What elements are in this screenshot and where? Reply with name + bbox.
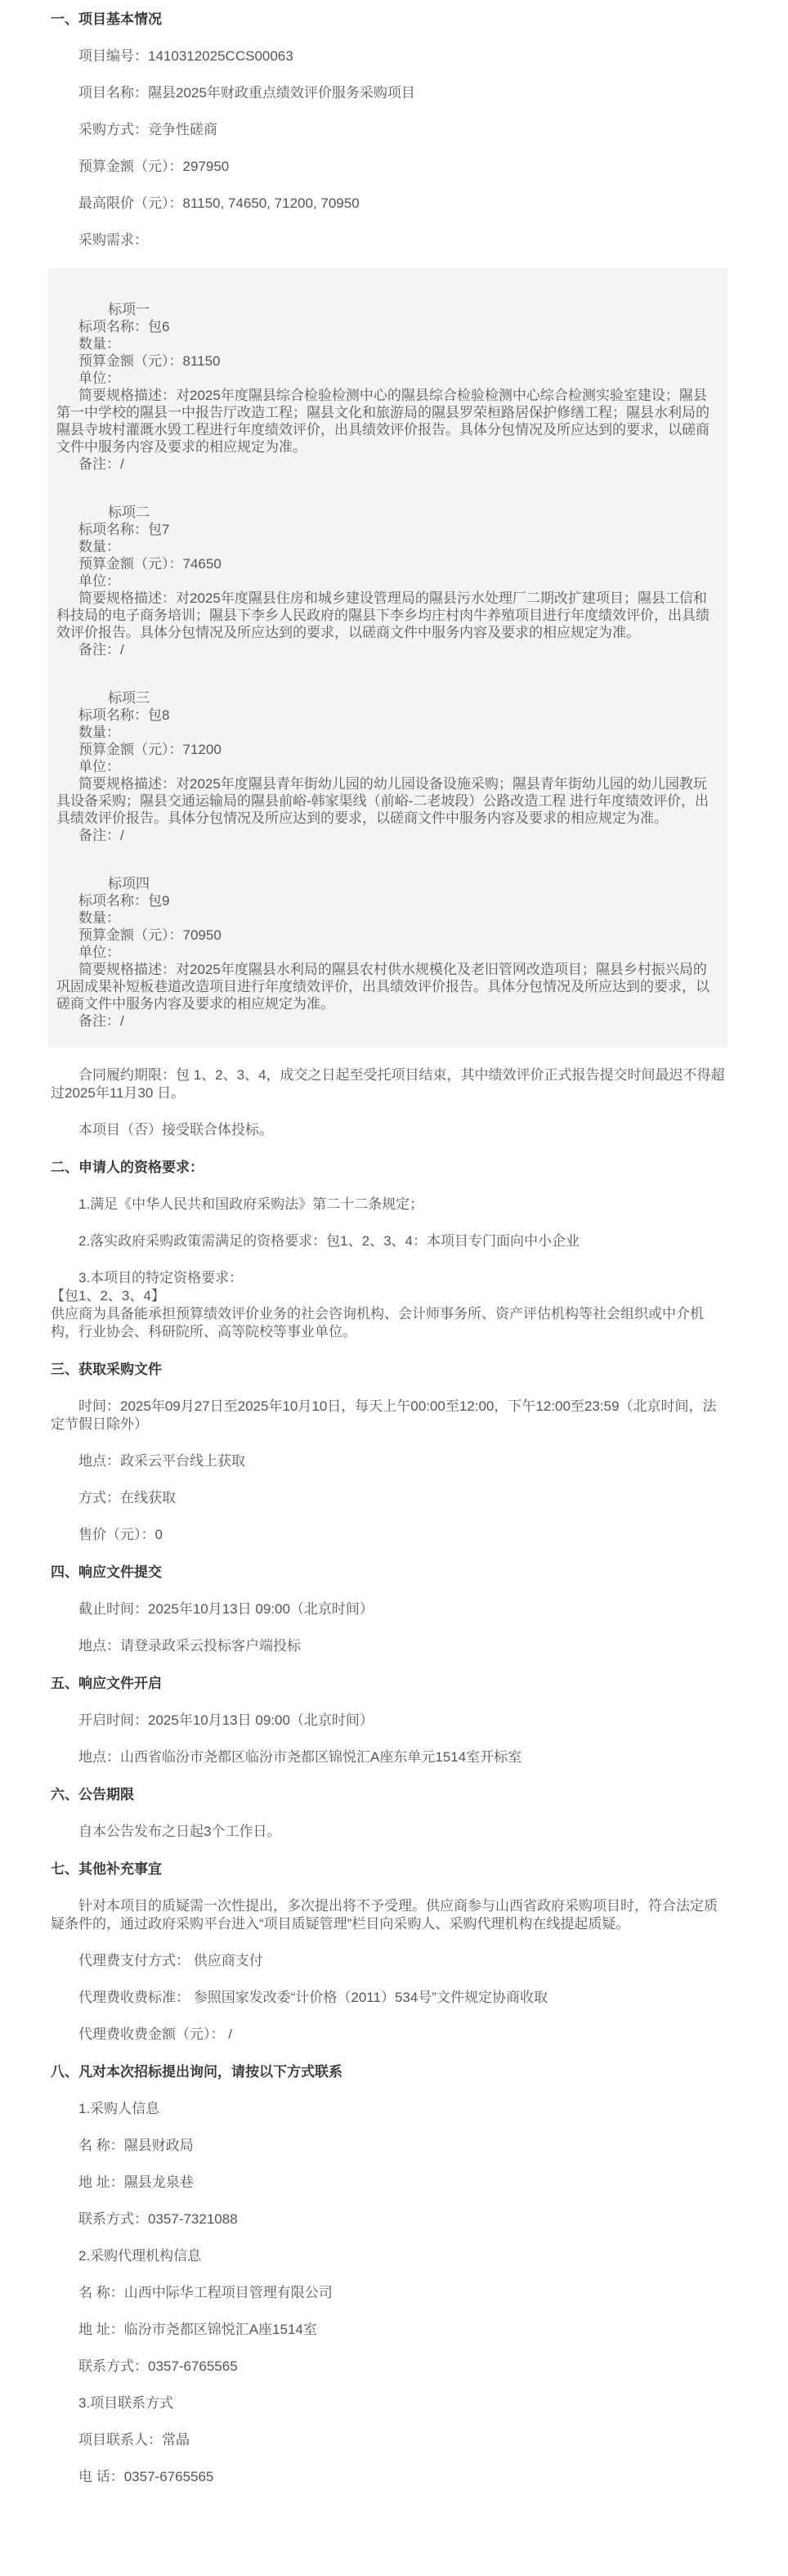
section-qualification: 二、申请人的资格要求： 1.满足《中华人民共和国政府采购法》第二十二条规定； 2…	[51, 1158, 728, 1341]
section-heading: 三、获取采购文件	[51, 1360, 728, 1379]
lot-unit: 单位：	[56, 944, 718, 961]
lot-panel: 标项一 标项名称：包6 数量： 预算金额（元）：81150 单位： 简要规格描述…	[48, 268, 728, 1048]
lot-quantity: 数量：	[56, 909, 718, 927]
purchaser-info-title: 1.采购人信息	[51, 2100, 728, 2118]
section-heading: 六、公告期限	[51, 1785, 728, 1804]
lot-item: 标项三 标项名称：包8 数量： 预算金额（元）：71200 单位： 简要规格描述…	[56, 689, 718, 844]
lot-description: 简要规格描述：对2025年度隰县综合检验检测中心的隰县综合检验检测中心综合检测实…	[56, 387, 718, 456]
section-heading: 八、凡对本次招标提出询问，请按以下方式联系	[51, 2062, 728, 2081]
project-contact-title: 3.项目联系方式	[51, 2394, 728, 2412]
section-obtain-documents: 三、获取采购文件 时间：2025年09月27日至2025年10月10日，每天上午…	[51, 1360, 728, 1544]
lot-description: 简要规格描述：对2025年度隰县住房和城乡建设管理局的隰县污水处理厂二期改扩建项…	[56, 590, 718, 641]
procurement-demand-label: 采购需求：	[51, 231, 728, 249]
lot-quantity: 数量：	[56, 335, 718, 352]
agency-address: 地 址：临汾市尧都区锦悦汇A座1514室	[51, 2321, 728, 2339]
lot-item: 标项二 标项名称：包7 数量： 预算金额（元）：74650 单位： 简要规格描述…	[56, 504, 718, 658]
section-response-opening: 五、响应文件开启 开启时间：2025年10月13日 09:00（北京时间） 地点…	[51, 1674, 728, 1766]
section-heading: 二、申请人的资格要求：	[51, 1158, 728, 1177]
purchaser-address: 地 址：隰县龙泉巷	[51, 2174, 728, 2192]
agency-fee-standard: 代理费收费标准： 参照国家发改委“计价格（2011）534号”文件规定协商收取	[51, 1989, 728, 2007]
supplier-requirement: 供应商为具备能承担预算绩效评价业务的社会咨询机构、会计师事务所、资产评估机构等社…	[51, 1305, 728, 1341]
lot-budget: 预算金额（元）：71200	[56, 741, 718, 758]
lot-remark: 备注：/	[56, 1012, 718, 1030]
project-name: 项目名称：隰县2025年财政重点绩效评价服务采购项目	[51, 84, 728, 102]
announcement-period: 自本公告发布之日起3个工作日。	[51, 1823, 728, 1841]
contract-term: 合同履约期限：包 1、2、3、4，成交之日起至受托项目结束，其中绩效评价正式报告…	[51, 1066, 728, 1102]
section-contact: 八、凡对本次招标提出询问，请按以下方式联系 1.采购人信息 名 称：隰县财政局 …	[51, 2062, 728, 2486]
section-heading: 五、响应文件开启	[51, 1674, 728, 1693]
lot-name: 标项名称：包7	[56, 521, 718, 538]
section-announcement-period: 六、公告期限 自本公告发布之日起3个工作日。	[51, 1785, 728, 1841]
lot-budget: 预算金额（元）：70950	[56, 927, 718, 944]
obtain-price: 售价（元）：0	[51, 1526, 728, 1544]
lot-quantity: 数量：	[56, 538, 718, 555]
lot-description: 简要规格描述：对2025年度隰县青年街幼儿园的幼儿园设备设施采购；隰县青年街幼儿…	[56, 775, 718, 827]
lot-title: 标项三	[56, 689, 718, 707]
agency-name: 名 称：山西中际华工程项目管理有限公司	[51, 2284, 728, 2302]
lot-unit: 单位：	[56, 370, 718, 387]
qualification-item-3: 3.本项目的特定资格要求：	[51, 1269, 728, 1287]
obtain-time: 时间：2025年09月27日至2025年10月10日，每天上午00:00至12:…	[51, 1398, 728, 1434]
query-note: 针对本项目的质疑需一次性提出，多次提出将不予受理。供应商参与山西省政府采购项目时…	[51, 1897, 728, 1933]
project-contact-person: 项目联系人：常晶	[51, 2431, 728, 2449]
obtain-method: 方式：在线获取	[51, 1489, 728, 1507]
lot-item: 标项四 标项名称：包9 数量： 预算金额（元）：70950 单位： 简要规格描述…	[56, 875, 718, 1030]
joint-bid-statement: 本项目（否）接受联合体投标。	[51, 1121, 728, 1139]
lot-unit: 单位：	[56, 572, 718, 590]
section-heading: 四、响应文件提交	[51, 1563, 728, 1582]
purchaser-contact: 联系方式：0357-7321088	[51, 2210, 728, 2228]
lot-item: 标项一 标项名称：包6 数量： 预算金额（元）：81150 单位： 简要规格描述…	[56, 301, 718, 473]
lot-budget: 预算金额（元）：81150	[56, 352, 718, 370]
section-response-submission: 四、响应文件提交 截止时间：2025年10月13日 09:00（北京时间） 地点…	[51, 1563, 728, 1655]
budget-amount: 预算金额（元）：297950	[51, 158, 728, 176]
agency-info-title: 2.采购代理机构信息	[51, 2247, 728, 2265]
agency-fee-amount: 代理费收费金额（元）： /	[51, 2026, 728, 2044]
opening-location: 地点：山西省临汾市尧都区临汾市尧都区锦悦汇A座东单元1514室开标室	[51, 1748, 728, 1766]
lot-remark: 备注：/	[56, 641, 718, 658]
section-heading: 七、其他补充事宜	[51, 1860, 728, 1878]
package-scope: 【包1、2、3、4】	[51, 1287, 728, 1305]
purchaser-name: 名 称：隰县财政局	[51, 2137, 728, 2155]
lot-title: 标项二	[56, 504, 718, 521]
project-number: 项目编号：1410312025CCS00063	[51, 47, 728, 65]
lot-remark: 备注：/	[56, 456, 718, 473]
agency-fee-payment: 代理费支付方式： 供应商支付	[51, 1952, 728, 1970]
lot-quantity: 数量：	[56, 724, 718, 741]
section-heading: 一、项目基本情况	[51, 10, 728, 29]
project-contact-phone: 电 话：0357-6765565	[51, 2468, 728, 2486]
obtain-location: 地点：政采云平台线上获取	[51, 1452, 728, 1470]
submission-deadline: 截止时间：2025年10月13日 09:00（北京时间）	[51, 1600, 728, 1618]
qualification-item-1: 1.满足《中华人民共和国政府采购法》第二十二条规定；	[51, 1196, 728, 1214]
lot-name: 标项名称：包6	[56, 318, 718, 335]
procurement-method: 采购方式：竞争性磋商	[51, 121, 728, 139]
submission-location: 地点：请登录政采云投标客户端投标	[51, 1637, 728, 1655]
section-supplementary: 七、其他补充事宜 针对本项目的质疑需一次性提出，多次提出将不予受理。供应商参与山…	[51, 1860, 728, 2044]
lot-budget: 预算金额（元）：74650	[56, 555, 718, 572]
section-basic-info: 一、项目基本情况 项目编号：1410312025CCS00063 项目名称：隰县…	[51, 10, 728, 1139]
agency-contact: 联系方式：0357-6765565	[51, 2358, 728, 2376]
lot-name: 标项名称：包8	[56, 707, 718, 724]
lot-title: 标项一	[56, 301, 718, 318]
qualification-item-2: 2.落实政府采购政策需满足的资格要求：包1、2、3、4：本项目专门面向中小企业	[51, 1232, 728, 1250]
lot-description: 简要规格描述：对2025年度隰县水利局的隰县农村供水规模化及老旧管网改造项目；隰…	[56, 961, 718, 1012]
max-price: 最高限价（元）：81150, 74650, 71200, 70950	[51, 195, 728, 213]
specific-qualification-block: 3.本项目的特定资格要求： 【包1、2、3、4】 供应商为具备能承担预算绩效评价…	[51, 1269, 728, 1341]
opening-time: 开启时间：2025年10月13日 09:00（北京时间）	[51, 1712, 728, 1730]
procurement-announcement: 一、项目基本情况 项目编号：1410312025CCS00063 项目名称：隰县…	[0, 0, 788, 2534]
lot-title: 标项四	[56, 875, 718, 892]
lot-remark: 备注：/	[56, 827, 718, 844]
lot-unit: 单位：	[56, 758, 718, 775]
lot-name: 标项名称：包9	[56, 892, 718, 909]
